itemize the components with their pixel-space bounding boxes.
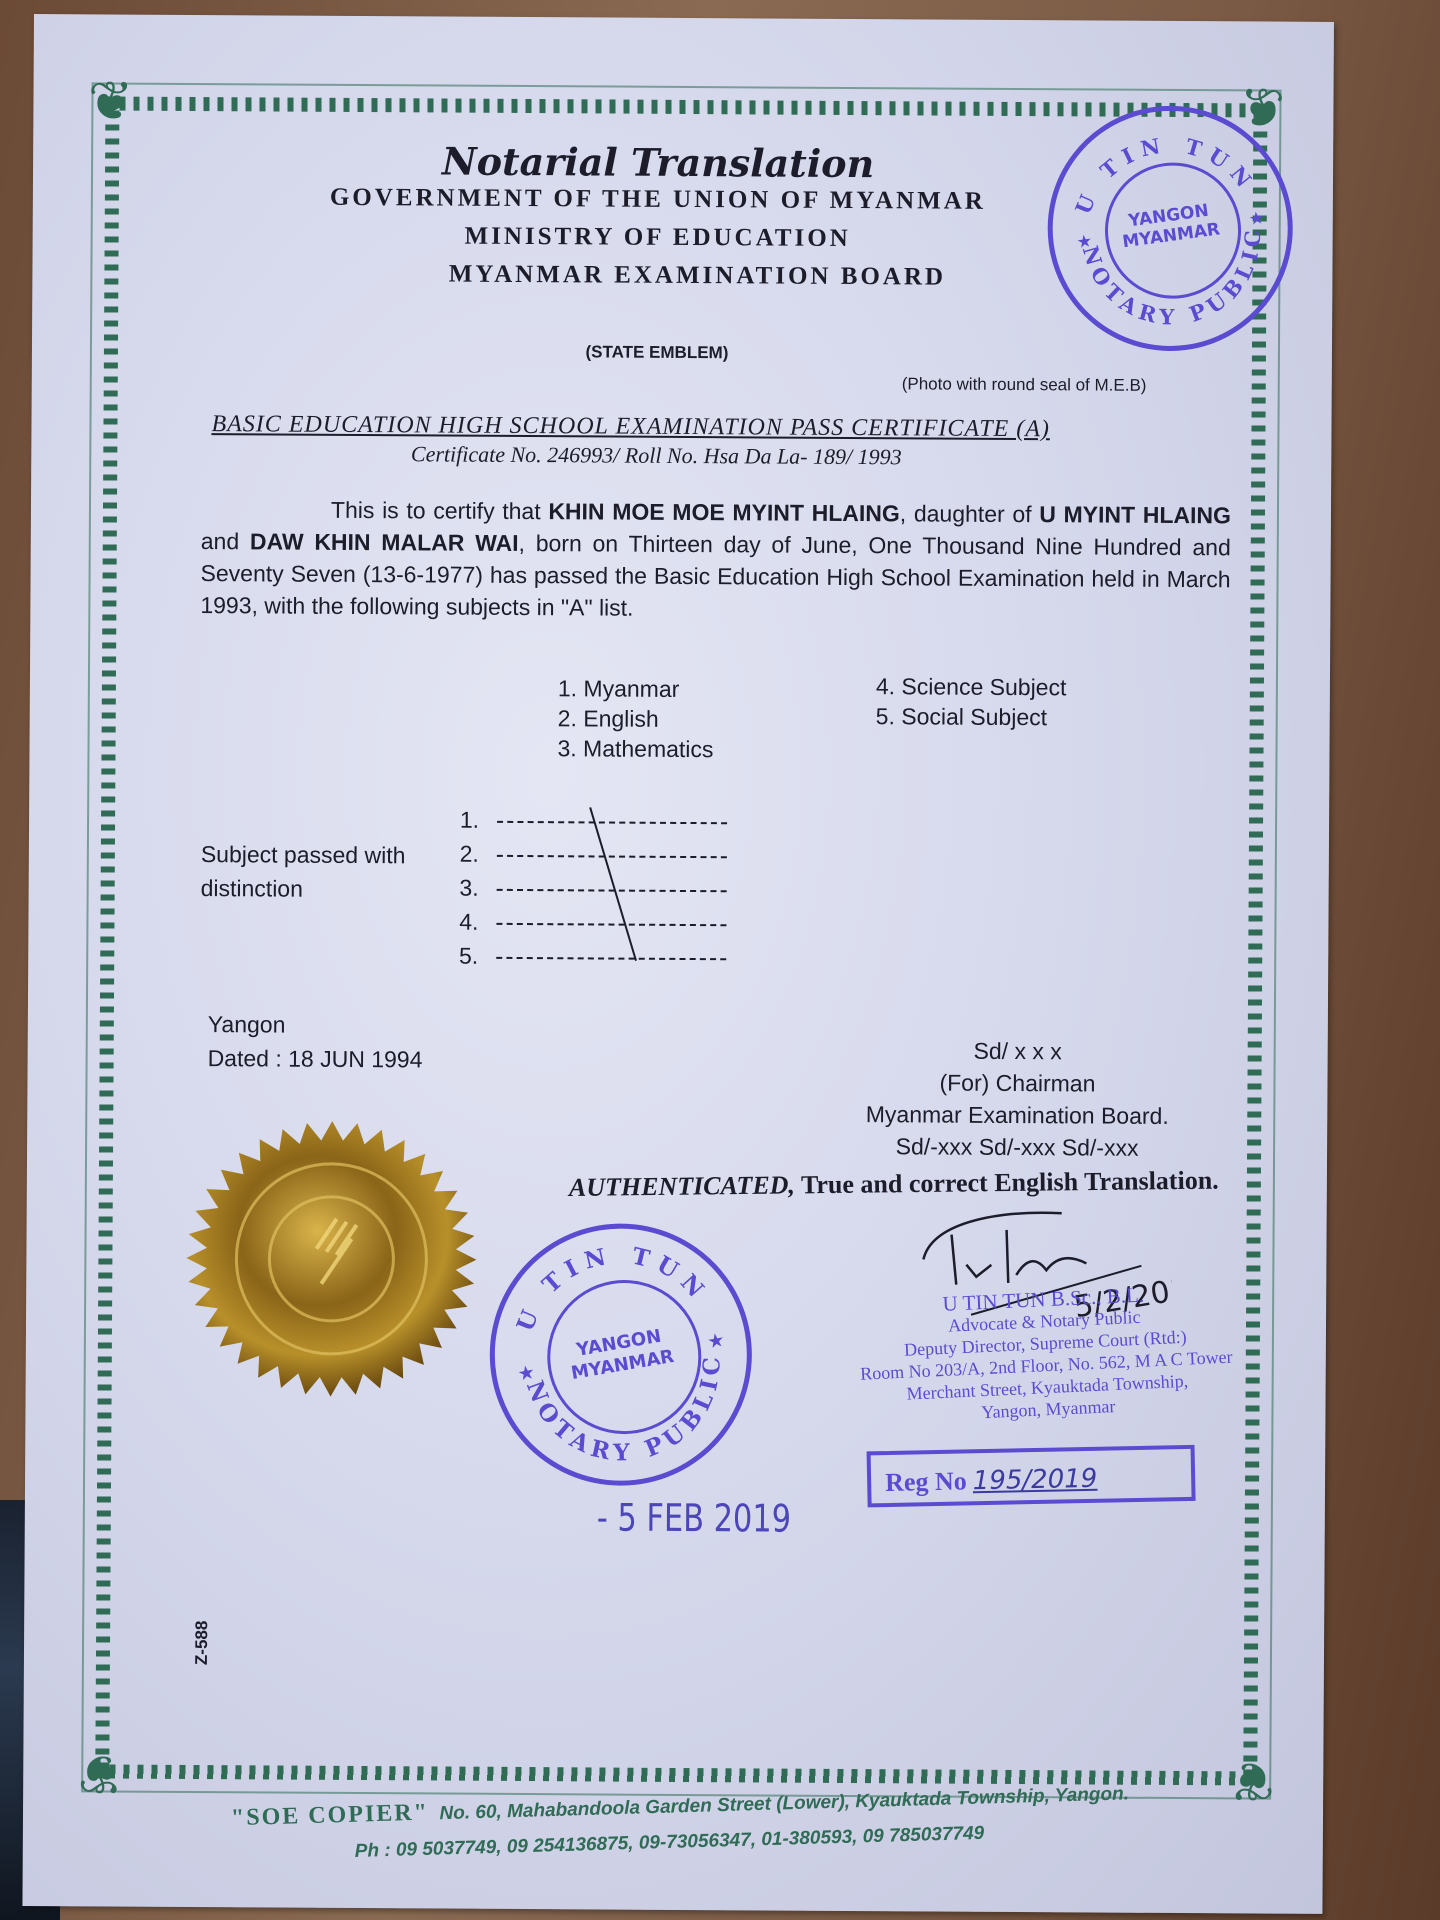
signatory-block: Sd/ x x x (For) Chairman Myanmar Examina…	[807, 1034, 1228, 1165]
printer-phone-line: Ph : 09 5037749, 09 254136875, 09-730563…	[354, 1823, 984, 1863]
candidate-name: KHIN MOE MOE MYINT HLAING	[548, 498, 900, 526]
date-stamp: - 5 FEB 2019	[597, 1495, 791, 1540]
corner-ornament-icon: ❦	[1217, 1745, 1287, 1815]
gold-seal-icon	[176, 1113, 488, 1405]
mother-name: DAW KHIN MALAR WAI	[250, 528, 519, 556]
distinction-list: 1. 2. 3. 4. 5.	[438, 802, 727, 974]
distinction-row: 4.	[438, 904, 726, 940]
notary-details: U TIN TUN B.Sc., B.L. Advocate & Notary …	[803, 1277, 1289, 1431]
father-name: U MYINT HLAING	[1039, 501, 1231, 528]
distinction-row: 2.	[439, 836, 727, 872]
corner-ornament-icon: ❦	[65, 1738, 135, 1808]
distinction-row: 5.	[438, 938, 726, 974]
certificate-title: BASIC EDUCATION HIGH SCHOOL EXAMINATION …	[211, 411, 1050, 443]
subject-list-2: 4. Science Subject 5. Social Subject	[876, 671, 1067, 732]
form-code: Z-588	[192, 1621, 212, 1666]
subject-list-1: 1. Myanmar 2. English 3. Mathematics	[557, 673, 714, 764]
issue-date: Dated : 18 JUN 1994	[208, 1045, 423, 1073]
certification-paragraph: This is to certify that KHIN MOE MOE MYI…	[200, 493, 1231, 627]
distinction-row: 3.	[439, 870, 727, 906]
notary-stamp-bottom: U TIN TUN NOTARY PUBLIC ★ ★ YANGON MYANM…	[470, 1204, 772, 1506]
registration-number: 195/2019	[972, 1464, 1097, 1496]
notary-stamp-top: U TIN TUN NOTARY PUBLIC ★ ★ YANGON MYANM…	[1032, 91, 1307, 366]
distinction-row: 1.	[439, 802, 727, 838]
photo-note: (Photo with round seal of M.E.B)	[902, 374, 1147, 395]
place: Yangon	[208, 1011, 286, 1038]
printer-brand: "SOE COPIER"	[231, 1800, 430, 1832]
distinction-label: Subject passed with distinction	[201, 837, 406, 906]
registration-number-box: Reg No195/2019	[867, 1445, 1196, 1508]
certificate-paper: ❦ ❦ ❦ ❦ Notarial Translation GOVERNMENT …	[22, 14, 1334, 1914]
corner-ornament-icon: ❦	[75, 66, 145, 136]
